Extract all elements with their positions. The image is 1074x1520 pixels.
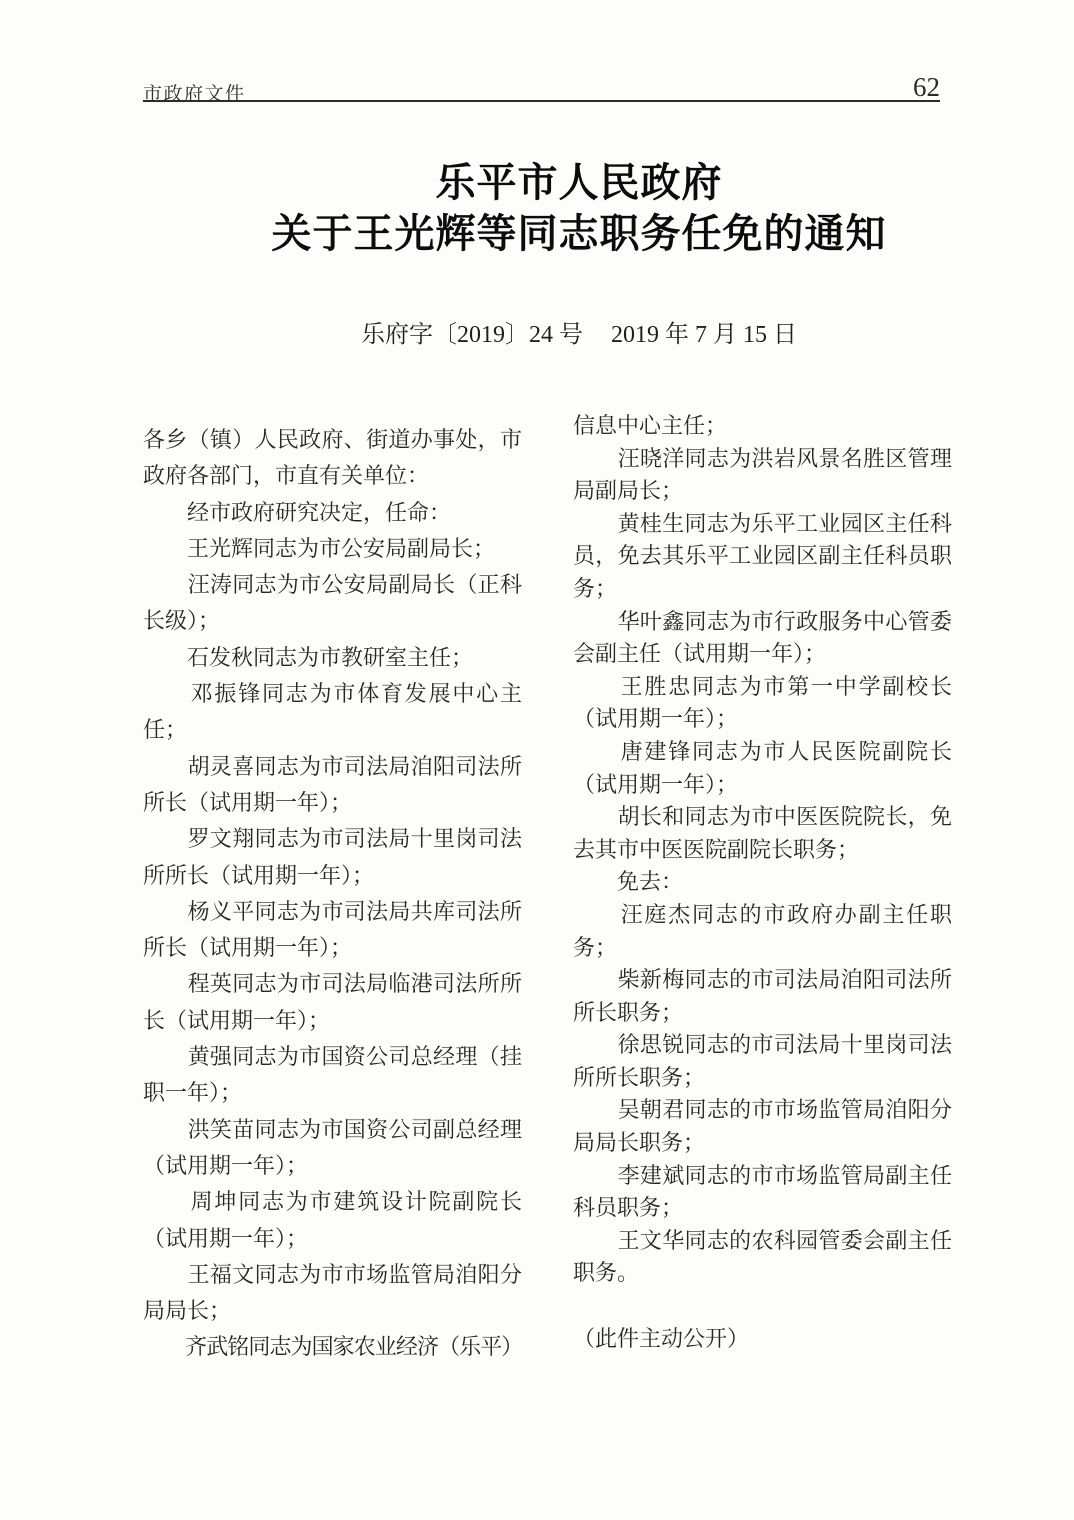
text-line: 任； — [143, 712, 522, 748]
text-line: 汪涛同志为市公安局副局长（正科 — [143, 567, 522, 603]
text-line: 所长（试用期一年）； — [143, 785, 522, 821]
text-line: （试用期一年）； — [573, 703, 952, 736]
text-line: 杨义平同志为市司法局共库司法所 — [143, 894, 522, 930]
text-line: 石发秋同志为市教研室主任； — [143, 640, 522, 676]
text-line: 务； — [573, 573, 952, 606]
doc-date: 2019 年 7 月 15 日 — [611, 322, 797, 348]
text-line: 信息中心主任； — [573, 410, 952, 443]
text-line: 职一年）； — [143, 1075, 522, 1111]
text-line: 务； — [573, 932, 952, 965]
text-line: 华叶鑫同志为市行政服务中心管委 — [573, 606, 952, 639]
document-meta: 乐府字〔2019〕24 号2019 年 7 月 15 日 — [143, 314, 1015, 349]
document-title-line2: 关于王光辉等同志职务任免的通知 — [143, 208, 1015, 259]
text-line: （试用期一年）； — [143, 1221, 522, 1257]
text-line: 徐思锐同志的市司法局十里岗司法 — [573, 1029, 952, 1062]
text-line: 科员职务； — [573, 1192, 952, 1225]
text-line: （试用期一年）； — [573, 769, 952, 802]
text-line: 王光辉同志为市公安局副局长； — [143, 531, 522, 567]
text-line: 李建斌同志的市市场监管局副主任 — [573, 1160, 952, 1193]
text-line: 王福文同志为市市场监管局洎阳分 — [143, 1257, 522, 1293]
text-line: 汪庭杰同志的市政府办副主任职 — [573, 899, 952, 932]
header-divider-rule — [143, 100, 940, 102]
text-line: 唐建锋同志为市人民医院副院长 — [573, 736, 952, 769]
text-line: 局局长； — [143, 1293, 522, 1329]
page-number: 62 — [913, 72, 940, 103]
text-line: 职务。 — [573, 1257, 952, 1290]
text-line: 黄桂生同志为乐平工业园区主任科 — [573, 508, 952, 541]
text-line: 王胜忠同志为市第一中学副校长 — [573, 671, 952, 704]
text-line: 罗文翔同志为市司法局十里岗司法 — [143, 821, 522, 857]
text-line: 柴新梅同志的市司法局洎阳司法所 — [573, 964, 952, 997]
text-line: 齐武铭同志为国家农业经济（乐平） — [143, 1329, 522, 1365]
text-line: 黄强同志为市国资公司总经理（挂 — [143, 1039, 522, 1075]
text-line: 汪晓洋同志为洪岩风景名胜区管理 — [573, 443, 952, 476]
document-page: 市政府文件 62 乐平市人民政府 关于王光辉等同志职务任免的通知 乐府字〔201… — [0, 0, 1074, 1520]
text-line: 去其市中医医院副院长职务； — [573, 834, 952, 867]
doc-number: 乐府字〔2019〕24 号 — [361, 322, 583, 348]
text-line: 政府各部门，市直有关单位： — [143, 458, 522, 494]
text-line: 胡灵喜同志为市司法局洎阳司法所 — [143, 749, 522, 785]
text-line: 员，免去其乐平工业园区副主任科员职 — [573, 540, 952, 573]
text-line: 吴朝君同志的市市场监管局洎阳分 — [573, 1094, 952, 1127]
body-right-column: 信息中心主任； 汪晓洋同志为洪岩风景名胜区管理局副局长； 黄桂生同志为乐平工业园… — [573, 410, 952, 1355]
text-line: 所所长职务； — [573, 1062, 952, 1095]
text-line: 所所长（试用期一年）； — [143, 858, 522, 894]
body-left-column: 各乡（镇）人民政府、街道办事处，市政府各部门，市直有关单位： 经市政府研究决定，… — [143, 422, 522, 1366]
text-line: 邓振锋同志为市体育发展中心主 — [143, 676, 522, 712]
text-line: 局副局长； — [573, 475, 952, 508]
text-line: 程英同志为市司法局临港司法所所 — [143, 966, 522, 1002]
text-line: 洪笑苗同志为市国资公司副总经理 — [143, 1112, 522, 1148]
text-line: 各乡（镇）人民政府、街道办事处，市 — [143, 422, 522, 458]
text-line: 经市政府研究决定，任命： — [143, 495, 522, 531]
text-line: 王文华同志的农科园管委会副主任 — [573, 1225, 952, 1258]
text-line: 周坤同志为市建筑设计院副院长 — [143, 1184, 522, 1220]
text-line: （试用期一年）； — [143, 1148, 522, 1184]
document-title: 乐平市人民政府 关于王光辉等同志职务任免的通知 — [143, 157, 1015, 259]
text-line: 长级）； — [143, 603, 522, 639]
text-line: 局局长职务； — [573, 1127, 952, 1160]
text-line: （此件主动公开） — [573, 1323, 952, 1356]
text-line: 长（试用期一年）； — [143, 1003, 522, 1039]
text-line — [573, 1290, 952, 1323]
text-line: 所长职务； — [573, 997, 952, 1030]
text-line: 免去： — [573, 866, 952, 899]
document-title-line1: 乐平市人民政府 — [143, 157, 1015, 208]
text-line: 胡长和同志为市中医医院院长，免 — [573, 801, 952, 834]
text-line: 会副主任（试用期一年）； — [573, 638, 952, 671]
text-line: 所长（试用期一年）； — [143, 930, 522, 966]
